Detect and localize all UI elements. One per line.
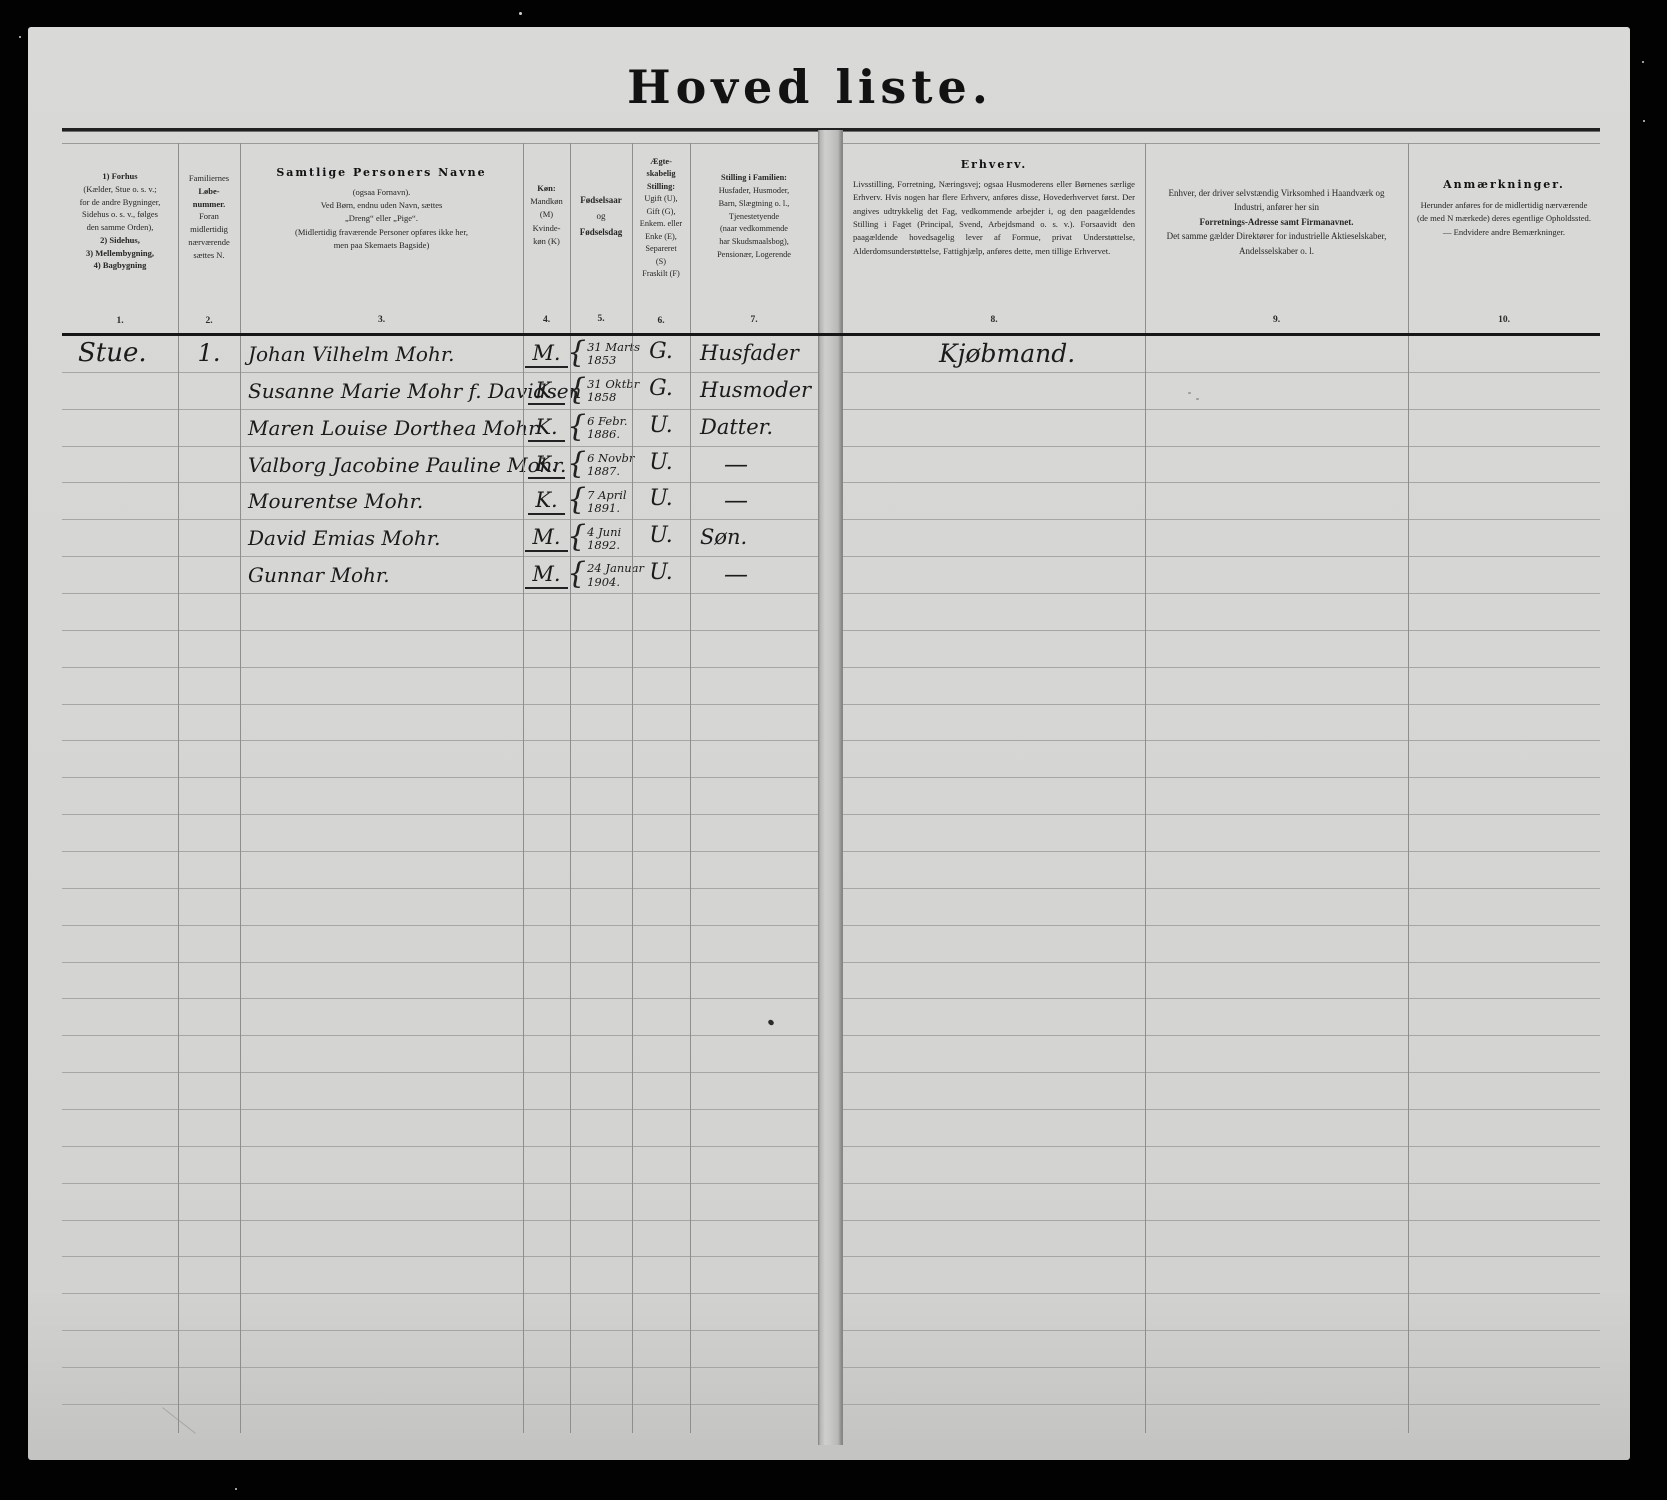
header-text-line: Køn: [525, 182, 568, 195]
cell-family-position: Husfader [690, 336, 818, 372]
cell-building [62, 1184, 178, 1220]
cell-family-position: — [690, 447, 818, 483]
cell-name [240, 741, 523, 777]
cell-family-position [690, 705, 818, 741]
cell-name [240, 668, 523, 704]
header-text-line: Fødselsdag [572, 224, 630, 240]
header-text-line: Enkem. eller [634, 218, 688, 230]
cell-birthdate [570, 778, 632, 814]
header-text-line: (Midlertidig fraværende Personer opføres… [254, 226, 509, 239]
header-text-line: Barn, Slægtning o. l., [694, 198, 814, 211]
cell-building [62, 447, 178, 483]
cell-name: Johan Vilhelm Mohr. [240, 336, 523, 372]
cell-birthdate: {7 April1891. [570, 483, 632, 519]
cell-name [240, 594, 523, 630]
cell-family-number [178, 557, 240, 593]
cell-birthdate [570, 1257, 632, 1293]
cell-sex [523, 1184, 570, 1220]
cell-building: Stue. [62, 336, 178, 372]
cell-family-position: Husmoder [690, 373, 818, 409]
header-text-line: Stilling: [634, 181, 688, 193]
cell-remarks [1408, 594, 1600, 630]
cell-building [62, 1257, 178, 1293]
cell-business-address [1145, 1368, 1408, 1404]
cell-building [62, 963, 178, 999]
cell-sex [523, 1221, 570, 1257]
cell-family-number [178, 999, 240, 1035]
cell-business-address [1145, 336, 1408, 372]
cell-sex: M. [523, 336, 570, 372]
cell-family-position: — [690, 557, 818, 593]
cell-remarks [1408, 815, 1600, 851]
column-header-marital-status: Ægte-skabeligStilling:Ugift (U),Gift (G)… [632, 144, 690, 333]
cell-remarks [1408, 852, 1600, 888]
cell-family-number [178, 594, 240, 630]
cell-birthdate [570, 1036, 632, 1072]
cell-remarks [1408, 705, 1600, 741]
column-rule [570, 143, 571, 1433]
column-number: 4. [523, 313, 570, 328]
cell-sex: M. [523, 557, 570, 593]
cell-business-address [1145, 1110, 1408, 1146]
cell-building [62, 741, 178, 777]
cell-marital-status [632, 1147, 690, 1183]
cell-marital-status [632, 668, 690, 704]
cell-family-position [690, 668, 818, 704]
cell-occupation [843, 631, 1145, 667]
cell-sex [523, 594, 570, 630]
cell-occupation [843, 815, 1145, 851]
cell-name [240, 1110, 523, 1146]
cell-remarks [1408, 963, 1600, 999]
cell-marital-status: U. [632, 520, 690, 556]
header-text-line: for de andre Bygninger, [67, 196, 173, 209]
cell-marital-status [632, 1331, 690, 1367]
cell-sex: M. [523, 520, 570, 556]
cell-business-address [1145, 373, 1408, 409]
cell-family-number [178, 520, 240, 556]
cell-family-position [690, 963, 818, 999]
page-title-wrap: Hoved liste. [28, 60, 1630, 114]
cell-birthdate [570, 668, 632, 704]
cell-occupation [843, 741, 1145, 777]
header-text-line: Samtlige Personers Navne [254, 164, 509, 181]
cell-name: Maren Louise Dorthea Mohr [240, 410, 523, 446]
cell-occupation [843, 1036, 1145, 1072]
cell-family-position [690, 741, 818, 777]
cell-sex [523, 668, 570, 704]
cell-business-address [1145, 483, 1408, 519]
cell-family-number: 1. [178, 336, 240, 372]
header-text-line: sættes N. [181, 249, 237, 262]
birthdate-value: 6 Febr.1886. [587, 414, 627, 441]
header-text-line: Det samme gælder Direktører for industri… [1155, 229, 1398, 258]
cell-family-number [178, 926, 240, 962]
page-fold [818, 130, 843, 1445]
cell-business-address [1145, 1073, 1408, 1109]
cell-business-address [1145, 705, 1408, 741]
cell-occupation [843, 1147, 1145, 1183]
cell-occupation [843, 373, 1145, 409]
cell-family-number [178, 1147, 240, 1183]
cell-building [62, 1036, 178, 1072]
header-text-line: (naar vedkommende [694, 223, 814, 236]
cell-birthdate [570, 1073, 632, 1109]
cell-occupation [843, 520, 1145, 556]
header-text-line: har Skudsmaalsbog), [694, 236, 814, 249]
cell-marital-status [632, 1368, 690, 1404]
header-text-line: 2) Sidehus, [67, 234, 173, 247]
header-text-line: (Kælder, Stue o. s. v.; [67, 183, 173, 196]
cell-business-address [1145, 1147, 1408, 1183]
cell-business-address [1145, 889, 1408, 925]
cell-sex [523, 963, 570, 999]
cell-occupation [843, 594, 1145, 630]
cell-marital-status [632, 1036, 690, 1072]
sex-value: M. [525, 525, 567, 552]
column-number: 9. [1145, 313, 1408, 328]
cell-marital-status: U. [632, 483, 690, 519]
cell-marital-status [632, 1073, 690, 1109]
cell-remarks [1408, 1036, 1600, 1072]
cell-business-address [1145, 741, 1408, 777]
cell-remarks [1408, 557, 1600, 593]
cell-family-number [178, 852, 240, 888]
column-number: 1. [62, 314, 178, 328]
cell-family-number [178, 1331, 240, 1367]
cell-family-number [178, 1221, 240, 1257]
cell-remarks [1408, 1073, 1600, 1109]
cell-name [240, 1294, 523, 1330]
cell-family-number [178, 815, 240, 851]
cell-family-position [690, 1221, 818, 1257]
cell-occupation [843, 447, 1145, 483]
cell-building [62, 926, 178, 962]
cell-building [62, 373, 178, 409]
header-separator-rule [62, 333, 1600, 336]
cell-birthdate [570, 999, 632, 1035]
cell-occupation [843, 1221, 1145, 1257]
cell-birthdate: {6 Febr.1886. [570, 410, 632, 446]
cell-name [240, 705, 523, 741]
cell-remarks [1408, 410, 1600, 446]
cell-family-number [178, 889, 240, 925]
column-number: 7. [690, 313, 818, 328]
sex-value: M. [525, 341, 567, 368]
cell-marital-status: U. [632, 447, 690, 483]
dust-speck [519, 12, 522, 15]
column-header-occupation: Erhverv.Livsstilling, Forretning, Næring… [843, 144, 1145, 333]
header-text-line: Ved Børn, endnu uden Navn, sættes [254, 199, 509, 212]
cell-remarks [1408, 741, 1600, 777]
cell-building [62, 483, 178, 519]
cell-birthdate [570, 741, 632, 777]
header-text-line: Ugift (U), [634, 193, 688, 205]
cell-occupation [843, 926, 1145, 962]
cell-marital-status [632, 852, 690, 888]
cell-birthdate [570, 1110, 632, 1146]
cell-birthdate [570, 1331, 632, 1367]
cell-business-address [1145, 520, 1408, 556]
dust-speck [19, 36, 21, 38]
cell-marital-status [632, 963, 690, 999]
cell-business-address [1145, 778, 1408, 814]
header-text-line: Tjenestetyende [694, 211, 814, 224]
cell-business-address [1145, 852, 1408, 888]
column-number: 5. [570, 311, 632, 328]
cell-birthdate: {6 Novbr1887. [570, 447, 632, 483]
column-header-family-position: Stilling i Familien:Husfader, Husmoder,B… [690, 144, 818, 333]
cell-remarks [1408, 1294, 1600, 1330]
column-rule [523, 143, 524, 1433]
cell-occupation [843, 1110, 1145, 1146]
cell-birthdate [570, 852, 632, 888]
column-header-names: Samtlige Personers Navne(ogsaa Fornavn).… [240, 144, 523, 333]
cell-occupation [843, 963, 1145, 999]
cell-building [62, 1368, 178, 1404]
cell-building [62, 778, 178, 814]
column-header-building: 1) Forhus(Kælder, Stue o. s. v.;for de a… [62, 144, 178, 333]
cell-name: Valborg Jacobine Pauline Mohr. [240, 447, 523, 483]
cell-business-address [1145, 963, 1408, 999]
cell-name [240, 1147, 523, 1183]
column-header-remarks: Anmærkninger.Herunder anføres for de mid… [1408, 144, 1600, 333]
cell-family-number [178, 1184, 240, 1220]
cell-family-number [178, 778, 240, 814]
census-table: 1) Forhus(Kælder, Stue o. s. v.;for de a… [62, 143, 1600, 1433]
header-text-line: midlertidig [181, 223, 237, 236]
cell-business-address [1145, 1294, 1408, 1330]
cell-birthdate [570, 926, 632, 962]
cell-family-number [178, 1110, 240, 1146]
cell-remarks [1408, 1184, 1600, 1220]
header-text-line: Fødselsaar [572, 192, 630, 208]
cell-remarks [1408, 1147, 1600, 1183]
cell-name [240, 1257, 523, 1293]
cell-marital-status [632, 1294, 690, 1330]
cell-remarks [1408, 926, 1600, 962]
cell-family-position [690, 889, 818, 925]
column-rule [690, 143, 691, 1433]
pencil-mark [1196, 398, 1199, 400]
cell-family-number [178, 1368, 240, 1404]
cell-name [240, 1221, 523, 1257]
cell-family-position [690, 1147, 818, 1183]
cell-sex [523, 1368, 570, 1404]
dust-speck [1642, 61, 1644, 63]
cell-name: Gunnar Mohr. [240, 557, 523, 593]
cell-birthdate [570, 1184, 632, 1220]
cell-building [62, 1073, 178, 1109]
cell-birthdate [570, 1368, 632, 1404]
sex-value: M. [525, 562, 567, 589]
cell-business-address [1145, 926, 1408, 962]
cell-family-number [178, 483, 240, 519]
cell-building [62, 852, 178, 888]
cell-building [62, 410, 178, 446]
cell-sex [523, 631, 570, 667]
cell-name: Mourentse Mohr. [240, 483, 523, 519]
column-header-family-number: FamiliernesLøbe-nummer.Foranmidlertidign… [178, 144, 240, 333]
sex-value: K. [528, 415, 564, 442]
cell-family-position [690, 999, 818, 1035]
header-text-line: „Dreng“ eller „Pige“. [254, 212, 509, 225]
cell-remarks [1408, 1110, 1600, 1146]
dust-speck [235, 1488, 237, 1490]
cell-sex [523, 1147, 570, 1183]
header-text-line: Pensionær, Logerende [694, 249, 814, 262]
cell-business-address [1145, 410, 1408, 446]
cell-marital-status: G. [632, 336, 690, 372]
cell-family-position [690, 1073, 818, 1109]
cell-building [62, 705, 178, 741]
cell-occupation [843, 999, 1145, 1035]
column-header-business-address: Enhver, der driver selvstændig Virksomhe… [1145, 144, 1408, 333]
cell-marital-status [632, 778, 690, 814]
cell-name [240, 1184, 523, 1220]
cell-name [240, 631, 523, 667]
cell-birthdate [570, 1294, 632, 1330]
cell-remarks [1408, 1331, 1600, 1367]
cell-birthdate: {31 Marts1853 [570, 336, 632, 372]
cell-family-position [690, 1331, 818, 1367]
cell-name [240, 963, 523, 999]
cell-family-position [690, 1368, 818, 1404]
cell-occupation [843, 852, 1145, 888]
cell-marital-status [632, 1257, 690, 1293]
cell-name: David Emias Mohr. [240, 520, 523, 556]
cell-building [62, 1331, 178, 1367]
cell-sex: K. [523, 483, 570, 519]
cell-remarks [1408, 1257, 1600, 1293]
header-text-line: Fraskilt (F) [634, 268, 688, 280]
cell-sex [523, 1331, 570, 1367]
cell-birthdate [570, 889, 632, 925]
cell-birthdate: {31 Oktbr1858 [570, 373, 632, 409]
column-number: 2. [178, 314, 240, 328]
cell-remarks [1408, 447, 1600, 483]
header-text-line: Sidehus o. s. v., følges [67, 208, 173, 221]
header-text-line: Familiernes [181, 172, 237, 185]
cell-remarks [1408, 1221, 1600, 1257]
cell-occupation [843, 778, 1145, 814]
cell-family-position [690, 1036, 818, 1072]
cell-marital-status [632, 631, 690, 667]
cell-business-address [1145, 447, 1408, 483]
cell-sex [523, 705, 570, 741]
column-header-birthdate: FødselsaarogFødselsdag5. [570, 144, 632, 333]
cell-family-number [178, 705, 240, 741]
cell-family-number [178, 631, 240, 667]
cell-building [62, 594, 178, 630]
cell-marital-status: U. [632, 410, 690, 446]
scanned-census-page: Hoved liste. 1) Forhus(Kælder, Stue o. s… [0, 0, 1667, 1500]
cell-marital-status [632, 926, 690, 962]
cell-marital-status [632, 1221, 690, 1257]
cell-marital-status: G. [632, 373, 690, 409]
header-text-line: og [572, 208, 630, 224]
cell-marital-status [632, 1184, 690, 1220]
cell-birthdate: {4 Juni1892. [570, 520, 632, 556]
cell-sex [523, 1110, 570, 1146]
cell-sex [523, 852, 570, 888]
header-text-line: Separeret [634, 243, 688, 255]
cell-remarks [1408, 520, 1600, 556]
header-text-line: Anmærkninger. [1416, 176, 1592, 194]
cell-occupation [843, 1184, 1145, 1220]
cell-business-address [1145, 631, 1408, 667]
cell-birthdate: {24 Januar1904. [570, 557, 632, 593]
cell-name [240, 815, 523, 851]
birthdate-value: 7 April1891. [587, 488, 627, 515]
cell-occupation [843, 1073, 1145, 1109]
cell-family-position [690, 594, 818, 630]
header-text-line: 3) Mellembygning, [67, 247, 173, 260]
header-text-line: 1) Forhus [67, 170, 173, 183]
cell-remarks [1408, 483, 1600, 519]
header-text-line: (M) [525, 208, 568, 221]
header-text-line: Løbe- [181, 185, 237, 198]
column-header-sex: Køn:Mandkøn(M)Kvinde-køn (K)4. [523, 144, 570, 333]
cell-building [62, 1147, 178, 1183]
header-text-line: (ogsaa Fornavn). [254, 186, 509, 199]
cell-remarks [1408, 999, 1600, 1035]
cell-family-position: — [690, 483, 818, 519]
cell-sex [523, 1036, 570, 1072]
cell-name [240, 852, 523, 888]
header-text-line: Ægte- [634, 156, 688, 168]
cell-name: Susanne Marie Mohr f. Davidsen [240, 373, 523, 409]
sex-value: K. [528, 452, 564, 479]
header-text-line: Foran [181, 210, 237, 223]
column-rule [632, 143, 633, 1433]
column-rule [1145, 143, 1146, 1433]
cell-building [62, 1221, 178, 1257]
cell-remarks [1408, 373, 1600, 409]
birthdate-value: 6 Novbr1887. [587, 451, 634, 478]
column-rule [1408, 143, 1409, 1433]
cell-family-position: Datter. [690, 410, 818, 446]
cell-business-address [1145, 815, 1408, 851]
cell-family-number [178, 1073, 240, 1109]
cell-sex [523, 1073, 570, 1109]
cell-building [62, 557, 178, 593]
cell-building [62, 815, 178, 851]
cell-marital-status [632, 815, 690, 851]
cell-occupation [843, 705, 1145, 741]
cell-business-address [1145, 594, 1408, 630]
cell-name [240, 1368, 523, 1404]
cell-family-number [178, 373, 240, 409]
header-text-line: 4) Bagbygning [67, 259, 173, 272]
header-text-line: Enke (E), [634, 231, 688, 243]
pencil-mark [1188, 392, 1191, 394]
cell-family-position [690, 1110, 818, 1146]
cell-sex: K. [523, 447, 570, 483]
cell-occupation [843, 668, 1145, 704]
cell-marital-status [632, 741, 690, 777]
header-text-line: Gift (G), [634, 206, 688, 218]
cell-marital-status [632, 594, 690, 630]
cell-birthdate [570, 815, 632, 851]
cell-marital-status [632, 999, 690, 1035]
header-text-line: Forretnings-Adresse samt Firmanavnet. [1155, 215, 1398, 229]
header-text-line: køn (K) [525, 235, 568, 248]
cell-building [62, 631, 178, 667]
cell-family-position [690, 778, 818, 814]
column-number: 6. [632, 314, 690, 328]
cell-sex [523, 1294, 570, 1330]
